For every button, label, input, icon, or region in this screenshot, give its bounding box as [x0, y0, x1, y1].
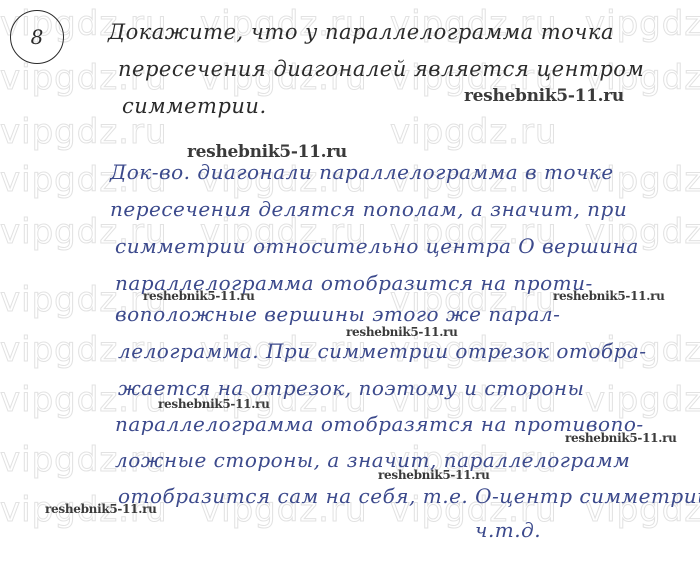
task-number: 8 [31, 25, 44, 49]
site-stamp: reshebnik5-11.ru [464, 86, 624, 106]
task-number-badge: 8 [10, 10, 64, 64]
task-line: Докажите, что у параллелограмма точка [108, 20, 614, 44]
proof-line: пересечения делятся пополам, а значит, п… [110, 197, 627, 221]
worksheet-page: vipgdz.ru vipgdz.ru vipgdz.ru vipgdz.ru … [0, 0, 700, 580]
site-stamp: reshebnik5-11.ru [553, 289, 665, 303]
background-watermark: vipgdz.ru [0, 112, 168, 152]
task-line: симметрии. [122, 94, 267, 118]
task-line: пересечения диагоналей является центром [118, 57, 644, 81]
site-stamp: reshebnik5-11.ru [143, 289, 255, 303]
background-watermark: vipgdz.ru [390, 112, 558, 152]
site-stamp: reshebnik5-11.ru [378, 468, 490, 482]
proof-line: Док-во. диагонали параллелограмма в точк… [110, 160, 614, 184]
proof-line: ложные стороны, а значит, параллелограмм [115, 448, 630, 472]
site-stamp: reshebnik5-11.ru [187, 142, 347, 162]
proof-line: лелограмма. При симметрии отрезок отобра… [118, 339, 647, 363]
site-stamp: reshebnik5-11.ru [346, 325, 458, 339]
site-stamp: reshebnik5-11.ru [565, 431, 677, 445]
proof-line: отобразится сам на себя, т.е. О-центр си… [118, 484, 700, 508]
proof-line: симметрии относительно центра О вершина [115, 234, 639, 258]
proof-conclusion: ч.т.д. [475, 518, 541, 542]
site-stamp: reshebnik5-11.ru [45, 502, 157, 516]
proof-line: воположные вершины этого же парал- [115, 302, 560, 326]
site-stamp: reshebnik5-11.ru [158, 397, 270, 411]
